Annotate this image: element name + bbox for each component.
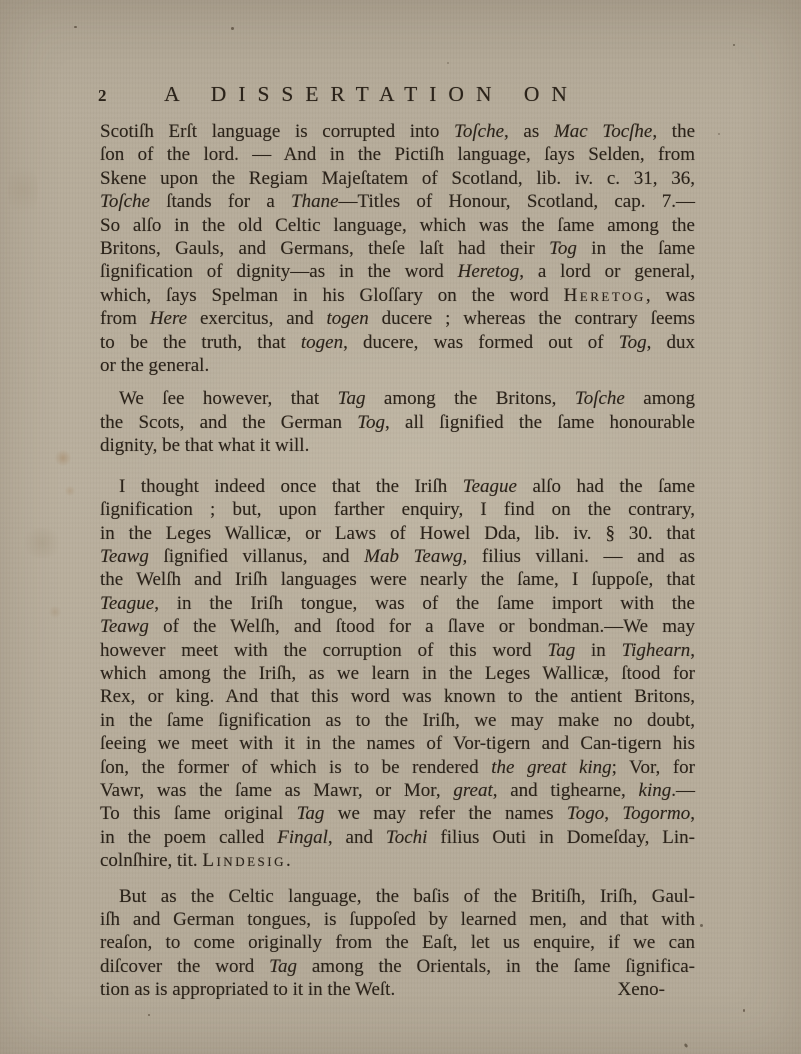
text-segment: in the Leges Wallicæ, or Laws of Howel D…	[100, 523, 695, 544]
text-segment: Teague	[100, 593, 154, 614]
text-segment: Togo	[567, 803, 604, 824]
paper-speck	[447, 62, 449, 64]
text-segment: iſh and German tongues, is ſuppoſed by l…	[100, 909, 695, 930]
text-segment: , ducere, was formed out of	[343, 332, 619, 353]
text-segment: the great king	[491, 757, 611, 778]
text-segment: in the ſame ſignification as to the Iriſ…	[100, 710, 695, 731]
text-segment: ducere ; whereas the contrary ſeems	[369, 308, 695, 329]
text-line: Teague, in the Iriſh tongue, was of the …	[100, 592, 695, 615]
text-segment: dignity, be that what it will.	[100, 435, 309, 456]
text-segment: To this ſame original	[100, 803, 297, 824]
text-segment: But as the Celtic language, the baſis of…	[119, 886, 695, 907]
text-segment: ſignification of dignity—as in the word	[100, 261, 458, 282]
paper-stain	[8, 160, 38, 220]
text-segment: Tag	[269, 956, 297, 977]
text-segment: ſignification ; but, upon farther enquir…	[100, 499, 695, 520]
text-segment: ſon, the former of which is to be render…	[100, 757, 491, 778]
paper-stain	[48, 606, 62, 618]
book-page: 2 A DISSERTATION ON Scotiſh Erſt languag…	[0, 0, 801, 1054]
text-segment: we may refer the names	[324, 803, 566, 824]
text-segment: , was	[646, 285, 695, 306]
text-segment: to be the truth, that	[100, 332, 301, 353]
paragraph: We ſee however, that Tag among the Brito…	[100, 387, 695, 457]
text-line: from Here exercitus, and togen ducere ; …	[100, 307, 695, 330]
paper-stain	[64, 486, 76, 496]
text-segment: ſtands for a	[150, 191, 291, 212]
running-title: A DISSERTATION ON	[74, 82, 669, 107]
text-segment: Tog	[619, 332, 647, 353]
text-line: the Scots, and the German Tog, all ſigni…	[100, 411, 695, 434]
text-segment: , and	[328, 827, 386, 848]
text-segment: Tag	[297, 803, 325, 824]
text-segment: Teague	[463, 476, 517, 497]
text-line: which among the Iriſh, as we learn in th…	[100, 662, 695, 685]
text-line: ſon of the lord. — And in the Pictiſh la…	[100, 143, 695, 166]
text-segment: Tag	[547, 640, 575, 661]
text-segment: or the general.	[100, 355, 209, 376]
text-segment: king	[639, 780, 672, 801]
text-segment: in the poem called	[100, 827, 277, 848]
paper-speck	[684, 1043, 689, 1048]
text-segment: Togormo	[622, 803, 690, 824]
text-segment: ; Vor, for	[612, 757, 695, 778]
text-segment: , as	[504, 121, 554, 142]
catchword: Xeno-	[618, 978, 665, 1001]
page-header: 2 A DISSERTATION ON	[100, 84, 695, 107]
text-segment: Toſche	[575, 388, 625, 409]
text-segment: Britons, Gauls, and Germans, theſe laſt …	[100, 238, 549, 259]
text-line: dignity, be that what it will.	[100, 434, 695, 457]
paper-speck	[733, 44, 735, 46]
text-segment: Toſche	[100, 191, 150, 212]
text-segment: tion as is appropriated to it in the Weſ…	[100, 979, 395, 1000]
text-segment: I thought indeed once that the Iriſh	[119, 476, 463, 497]
text-segment: diſcover the word	[100, 956, 269, 977]
text-line: which, ſays Spelman in his Gloſſary on t…	[100, 284, 695, 307]
text-segment: , all ſignified the ſame honourable	[385, 412, 695, 433]
text-line: the Welſh and Iriſh languages were nearl…	[100, 568, 695, 591]
text-line: iſh and German tongues, is ſuppoſed by l…	[100, 908, 695, 931]
text-line: ſignification ; but, upon farther enquir…	[100, 498, 695, 521]
text-segment: Tog	[549, 238, 577, 259]
text-segment: .	[286, 850, 291, 871]
text-line: diſcover the word Tag among the Oriental…	[100, 955, 695, 978]
text-segment: colnſhire, tit.	[100, 850, 202, 871]
text-segment: however meet with the corruption of this…	[100, 640, 547, 661]
text-segment: —Titles of Honour, Scotland, cap. 7.—	[339, 191, 695, 212]
text-segment: Heretog	[564, 285, 646, 306]
text-line: in the Leges Wallicæ, or Laws of Howel D…	[100, 522, 695, 545]
paper-stain	[54, 450, 72, 466]
text-segment: Tochi	[386, 827, 428, 848]
text-line: Vawr, was the ſame as Mawr, or Mor, grea…	[100, 779, 695, 802]
text-line: tion as is appropriated to it in the Weſ…	[100, 978, 695, 1001]
text-segment: the Welſh and Iriſh languages were nearl…	[100, 569, 695, 590]
text-line: Teawg of the Welſh, and ſtood for a ſlav…	[100, 615, 695, 638]
text-line: ſon, the former of which is to be render…	[100, 756, 695, 779]
paper-speck	[700, 924, 703, 927]
text-segment: , in the Iriſh tongue, was of the ſame i…	[154, 593, 695, 614]
text-line: Skene upon the Regiam Majeſtatem of Scot…	[100, 167, 695, 190]
text-segment: Teawg	[100, 546, 149, 567]
text-segment: Fingal	[277, 827, 328, 848]
paper-speck	[743, 1009, 745, 1012]
text-segment: great	[453, 780, 492, 801]
text-segment: ſon of the lord. — And in the Pictiſh la…	[100, 144, 695, 165]
text-line: ſeeing we meet with it in the names of V…	[100, 732, 695, 755]
paragraph: Scotiſh Erſt language is corrupted into …	[100, 120, 695, 377]
text-segment: of the Welſh, and ſtood for a ſlave or b…	[149, 616, 695, 637]
text-segment: , filius villani. — and as	[463, 546, 695, 567]
text-segment: , and tighearne,	[493, 780, 639, 801]
text-segment: which among the Iriſh, as we learn in th…	[100, 663, 695, 684]
text-segment: in the ſame	[577, 238, 695, 259]
text-segment: among the Britons,	[365, 388, 574, 409]
text-segment: the Scots, and the German	[100, 412, 357, 433]
text-segment: exercitus, and	[187, 308, 326, 329]
text-segment: Mab Teawg	[364, 546, 462, 567]
text-segment: Here	[150, 308, 187, 329]
text-line: however meet with the corruption of this…	[100, 639, 695, 662]
text-segment: , the	[652, 121, 695, 142]
text-segment: in	[575, 640, 621, 661]
text-segment: Teawg	[100, 616, 149, 637]
paper-speck	[718, 133, 720, 135]
text-segment: among	[625, 388, 695, 409]
text-segment: Heretog	[458, 261, 520, 282]
text-segment: from	[100, 308, 150, 329]
text-segment: , dux	[647, 332, 695, 353]
paragraph: I thought indeed once that the Iriſh Tea…	[100, 475, 695, 873]
text-line: To this ſame original Tag we may refer t…	[100, 802, 695, 825]
text-segment: togen	[301, 332, 343, 353]
text-segment: We ſee however, that	[119, 388, 338, 409]
text-line: in the poem called Fingal, and Tochi fil…	[100, 826, 695, 849]
text-segment: ſeeing we meet with it in the names of V…	[100, 733, 695, 754]
text-segment: alſo had the ſame	[517, 476, 695, 497]
body-text: Scotiſh Erſt language is corrupted into …	[100, 120, 695, 1002]
text-segment: .—	[671, 780, 695, 801]
paper-speck	[231, 27, 234, 30]
text-line: to be the truth, that togen, ducere, was…	[100, 331, 695, 354]
text-line: reaſon, to come originally from the Eaſt…	[100, 931, 695, 954]
paper-speck	[74, 26, 77, 28]
text-segment: , a lord or general,	[519, 261, 695, 282]
text-segment: Thane	[291, 191, 339, 212]
paragraph: But as the Celtic language, the baſis of…	[100, 885, 695, 1002]
text-line: Teawg ſignified villanus, and Mab Teawg,…	[100, 545, 695, 568]
text-line: We ſee however, that Tag among the Brito…	[100, 387, 695, 410]
text-segment: Mac Tocſhe	[554, 121, 652, 142]
text-line: Toſche ſtands for a Thane—Titles of Hono…	[100, 190, 695, 213]
text-segment: Tog	[357, 412, 385, 433]
paper-stain	[20, 528, 64, 558]
text-line: or the general.	[100, 354, 695, 377]
text-segment: ,	[690, 640, 695, 661]
text-segment: ſignified villanus, and	[149, 546, 364, 567]
text-segment: Scotiſh Erſt language is corrupted into	[100, 121, 454, 142]
text-segment: Lindesig	[202, 850, 286, 871]
text-segment: Tighearn	[622, 640, 691, 661]
text-segment: Toſche	[454, 121, 504, 142]
text-line: So alſo in the old Celtic language, whic…	[100, 214, 695, 237]
text-segment: filius Outi in Domeſday, Lin-	[427, 827, 695, 848]
text-segment: reaſon, to come originally from the Eaſt…	[100, 932, 695, 953]
text-segment: Skene upon the Regiam Majeſtatem of Scot…	[100, 168, 695, 189]
text-segment: which, ſays Spelman in his Gloſſary on t…	[100, 285, 564, 306]
text-line: But as the Celtic language, the baſis of…	[100, 885, 695, 908]
text-line: Scotiſh Erſt language is corrupted into …	[100, 120, 695, 143]
text-line: Britons, Gauls, and Germans, theſe laſt …	[100, 237, 695, 260]
text-segment: Vawr, was the ſame as Mawr, or Mor,	[100, 780, 453, 801]
text-segment: Tag	[338, 388, 366, 409]
text-segment: togen	[327, 308, 369, 329]
text-line: I thought indeed once that the Iriſh Tea…	[100, 475, 695, 498]
text-line: ſignification of dignity—as in the word …	[100, 260, 695, 283]
text-line: colnſhire, tit. Lindesig.	[100, 849, 695, 872]
text-segment: Rex, or king. And that this word was kno…	[100, 686, 695, 707]
text-segment: So alſo in the old Celtic language, whic…	[100, 215, 695, 236]
text-segment: ,	[690, 803, 695, 824]
paper-speck	[148, 1014, 150, 1016]
text-segment: ,	[604, 803, 622, 824]
text-line: Rex, or king. And that this word was kno…	[100, 685, 695, 708]
text-segment: among the Orientals, in the ſame ſignifi…	[297, 956, 695, 977]
text-line: in the ſame ſignification as to the Iriſ…	[100, 709, 695, 732]
